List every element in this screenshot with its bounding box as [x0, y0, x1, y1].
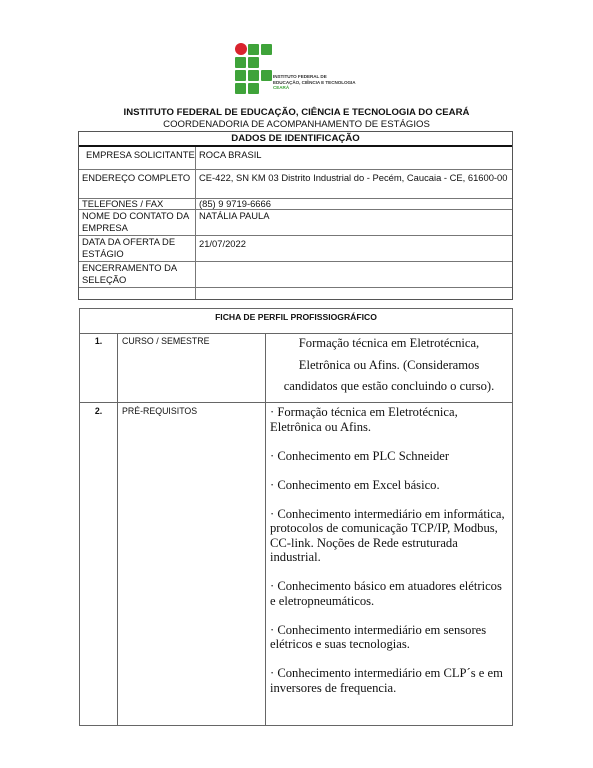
logo-square	[261, 44, 272, 55]
course-description: Formação técnica em Eletrotécnica, Eletr…	[266, 333, 512, 402]
prerequisite-item: · Conhecimento em PLC Schneider	[270, 449, 508, 464]
prerequisite-item: · Conhecimento intermediário em CLP´s e …	[270, 666, 508, 695]
prerequisite-item: · Conhecimento intermediário em informát…	[270, 507, 508, 565]
row-value: NATÁLIA PAULA	[196, 210, 512, 235]
table-row: 1. CURSO / SEMESTRE Formação técnica em …	[80, 333, 512, 403]
row-value	[196, 288, 512, 299]
identification-title: DADOS DE IDENTIFICAÇÃO	[79, 132, 512, 147]
prerequisite-item: · Conhecimento básico em atuadores elétr…	[270, 579, 508, 608]
row-value: 21/07/2022	[196, 236, 512, 261]
logo-square	[235, 70, 246, 81]
row-number: 1.	[80, 333, 118, 402]
row-label: CURSO / SEMESTRE	[118, 333, 266, 402]
logo-text-line: EDUCAÇÃO, CIÊNCIA E TECNOLOGIA	[273, 80, 356, 85]
profile-title: FICHA DE PERFIL PROFISSIOGRÁFICO	[80, 309, 512, 334]
table-row: TELEFONES / FAX (85) 9 9719-6666	[79, 199, 512, 210]
department-title: COORDENADORIA DE ACOMPANHAMENTO DE ESTÁG…	[0, 119, 593, 130]
table-row: NOME DO CONTATO DA EMPRESA NATÁLIA PAULA	[79, 210, 512, 236]
logo-square	[261, 70, 272, 81]
row-label: EMPRESA SOLICITANTE	[79, 147, 196, 169]
table-row	[79, 288, 512, 299]
row-label: ENDEREÇO COMPLETO	[79, 170, 196, 198]
table-row: DATA DA OFERTA DE ESTÁGIO 21/07/2022	[79, 236, 512, 262]
row-value: ROCA BRASIL	[196, 147, 512, 169]
row-value: CE-422, SN KM 03 Distrito Industrial do …	[196, 170, 512, 198]
logo-text-ceara: CEARÁ	[273, 85, 289, 90]
logo-square	[248, 83, 259, 94]
row-value	[196, 262, 512, 287]
logo-square	[248, 70, 259, 81]
row-label: ENCERRAMENTO DA SELEÇÃO	[79, 262, 196, 287]
row-number: 2.	[80, 403, 118, 725]
prerequisite-item: · Formação técnica em Eletrotécnica, Ele…	[270, 405, 508, 434]
row-value: (85) 9 9719-6666	[196, 199, 512, 209]
row-label: PRÉ-REQUISITOS	[118, 403, 266, 725]
prerequisite-item: · Conhecimento intermediário em sensores…	[270, 623, 508, 652]
row-label: TELEFONES / FAX	[79, 199, 196, 209]
logo-square	[248, 57, 259, 68]
prerequisites-list: · Formação técnica em Eletrotécnica, Ele…	[266, 403, 512, 725]
table-row: ENCERRAMENTO DA SELEÇÃO	[79, 262, 512, 288]
logo-square	[248, 44, 259, 55]
prerequisite-item: · Conhecimento em Excel básico.	[270, 478, 508, 493]
row-label: NOME DO CONTATO DA EMPRESA	[79, 210, 196, 235]
identification-table: DADOS DE IDENTIFICAÇÃO EMPRESA SOLICITAN…	[78, 131, 513, 300]
logo-square	[235, 57, 246, 68]
table-row: EMPRESA SOLICITANTE ROCA BRASIL	[79, 147, 512, 170]
row-label: DATA DA OFERTA DE ESTÁGIO	[79, 236, 196, 261]
logo-square	[235, 83, 246, 94]
institution-title: INSTITUTO FEDERAL DE EDUCAÇÃO, CIÊNCIA E…	[0, 107, 593, 118]
logo-red-dot	[235, 43, 247, 55]
table-row: 2. PRÉ-REQUISITOS · Formação técnica em …	[80, 403, 512, 725]
row-label	[79, 288, 196, 299]
institution-logo: INSTITUTO FEDERAL DE EDUCAÇÃO, CIÊNCIA E…	[235, 43, 375, 103]
table-row: ENDEREÇO COMPLETO CE-422, SN KM 03 Distr…	[79, 170, 512, 199]
logo-text-line: INSTITUTO FEDERAL DE	[273, 74, 327, 79]
profile-table: FICHA DE PERFIL PROFISSIOGRÁFICO 1. CURS…	[79, 308, 513, 726]
